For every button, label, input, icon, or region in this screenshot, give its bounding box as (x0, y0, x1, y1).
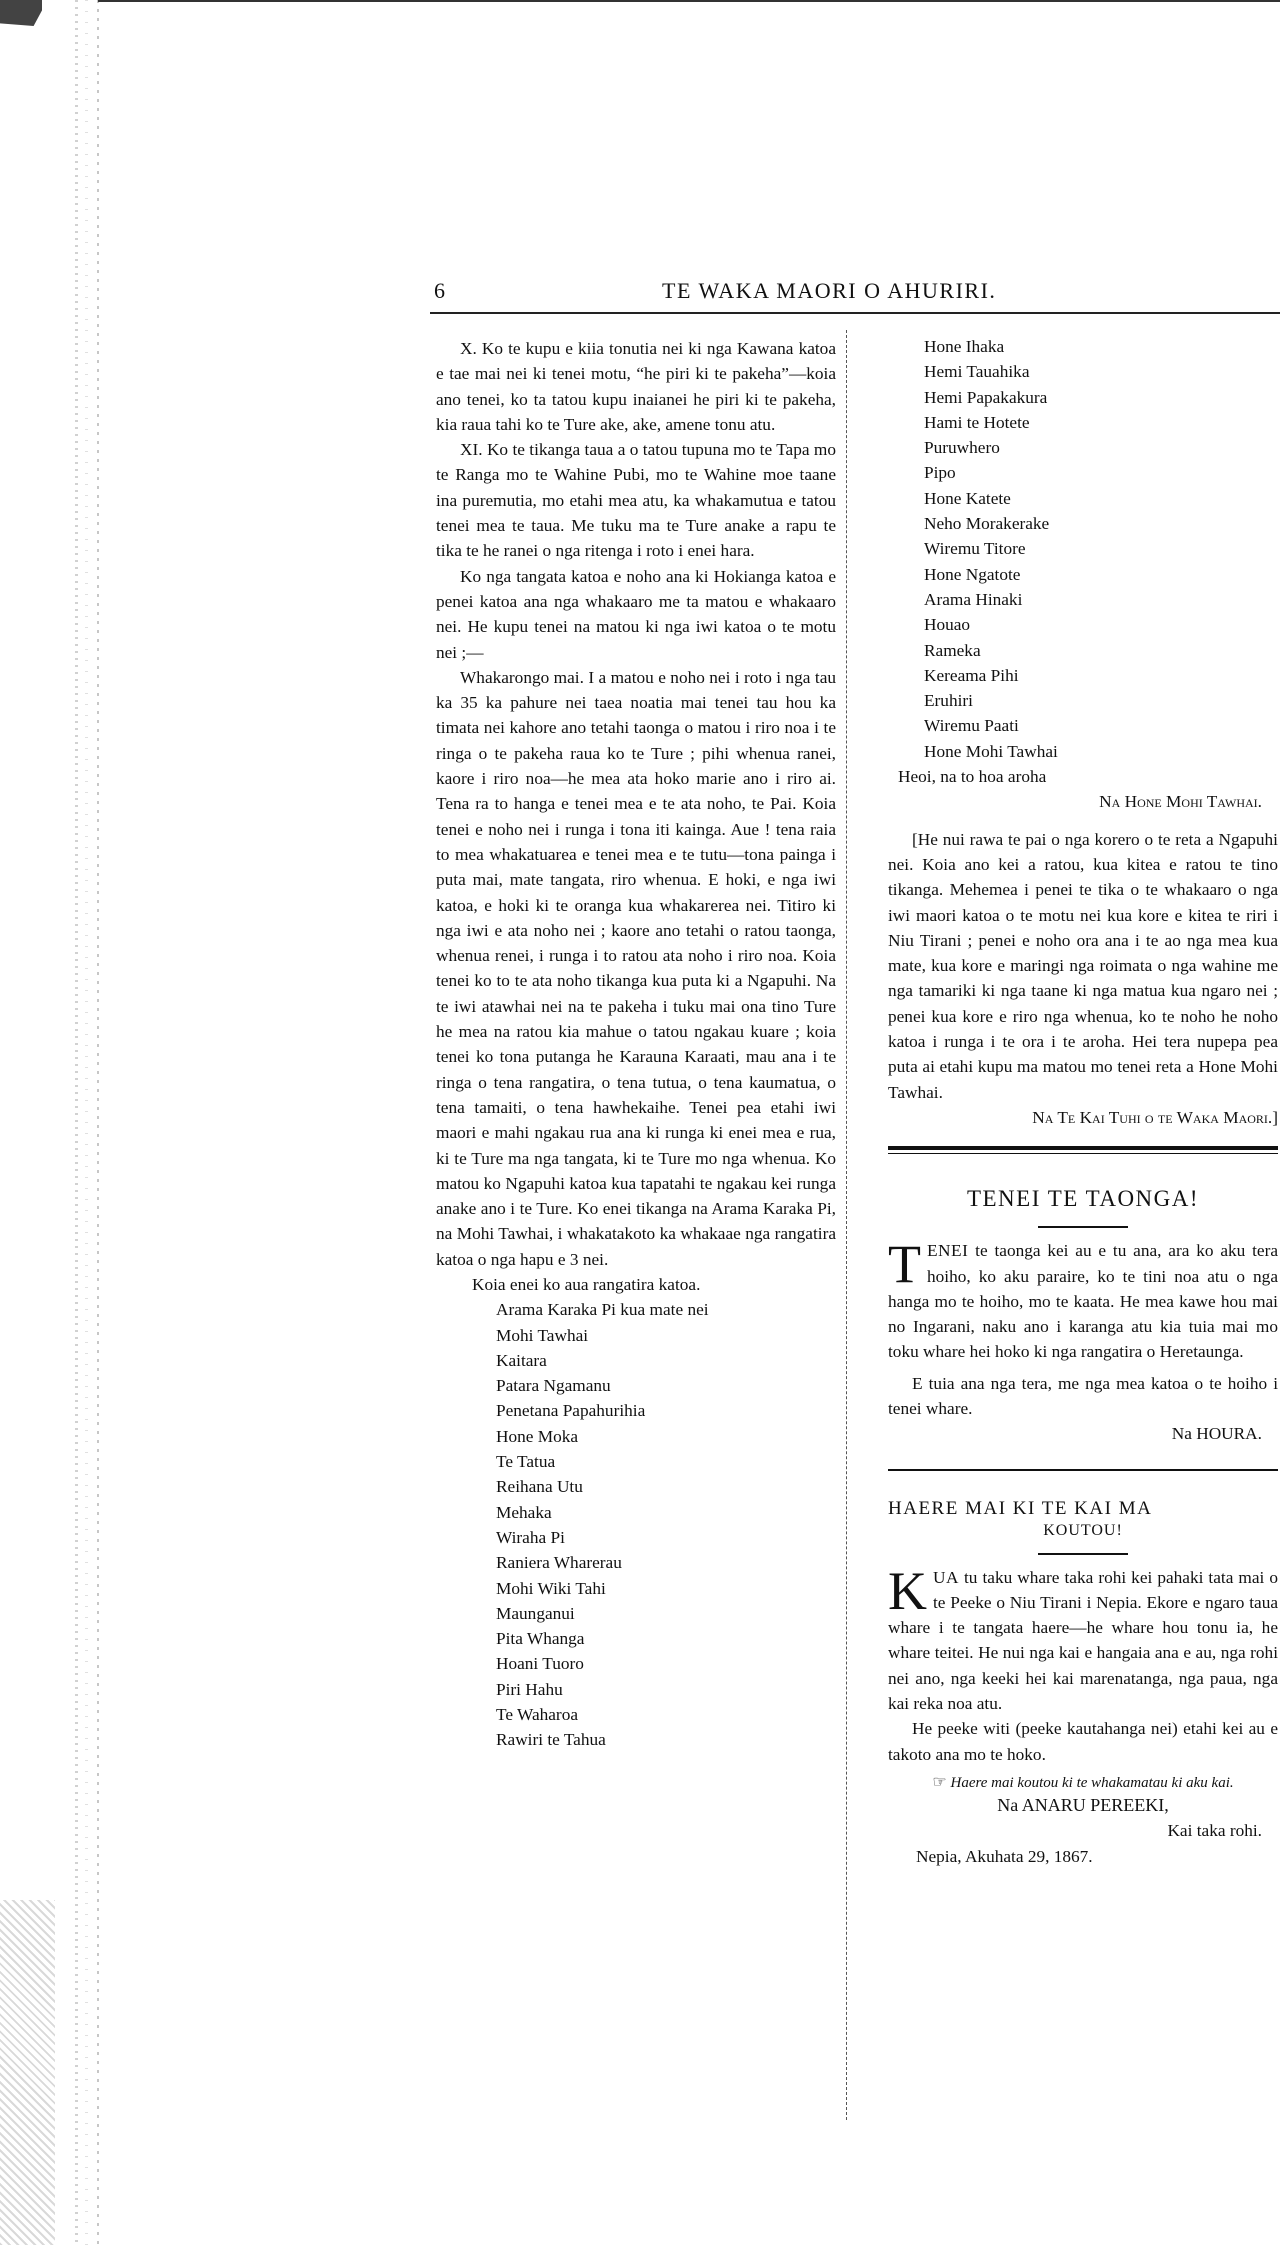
list-item: Patara Ngamanu (496, 1373, 836, 1398)
section-double-rule (888, 1146, 1278, 1154)
letter-signature: Na Hone Mohi Tawhai. (888, 789, 1278, 814)
ad-subtitle: KOUTOU! (888, 1521, 1278, 1541)
list-item: Hoani Tuoro (496, 1651, 836, 1676)
ad-signature: Na ANARU PEREEKI, (888, 1793, 1278, 1818)
right-column: Hone Ihaka Hemi Tauahika Hemi Papakakura… (888, 334, 1278, 1869)
list-item: Penetana Papahurihia (496, 1398, 836, 1423)
list-item: Houao (924, 612, 1278, 637)
dropcap: K (888, 1569, 927, 1613)
list-item: Rawiri te Tahua (496, 1727, 836, 1752)
page-number: 6 (434, 278, 445, 304)
ad-title-haere-mai: HAERE MAI KI TE KAI MA (888, 1497, 1278, 1521)
list-item: Maunganui (496, 1601, 836, 1626)
list-item: Raniera Wharerau (496, 1550, 836, 1575)
ad-note: ☞ Haere mai koutou ki te whakamatau ki a… (888, 1773, 1278, 1793)
list-item: Kaitara (496, 1348, 836, 1373)
list-item: Rameka (924, 638, 1278, 663)
list-item: Reihana Utu (496, 1474, 836, 1499)
list-item: Hemi Papakakura (924, 385, 1278, 410)
list-item: Wiremu Paati (924, 713, 1278, 738)
column-divider (846, 330, 847, 2120)
pointing-hand-icon: ☞ (932, 1774, 946, 1791)
left-column: X. Ko te kupu e kiia tonutia nei ki nga … (436, 336, 836, 1753)
ad-body-2: He peeke witi (peeke kautahanga nei) eta… (888, 1716, 1278, 1767)
letter-closing: Heoi, na to hoa aroha (888, 764, 1278, 789)
list-item: Hone Ngatote (924, 562, 1278, 587)
list-item: Hone Katete (924, 486, 1278, 511)
list-item: Hone Ihaka (924, 334, 1278, 359)
list-item: Neho Morakerake (924, 511, 1278, 536)
article-paragraph: XI. Ko te tikanga taua a o tatou tupuna … (436, 437, 836, 563)
chiefs-list-continued: Hone Ihaka Hemi Tauahika Hemi Papakakura… (888, 334, 1278, 764)
list-item: Kereama Pihi (924, 663, 1278, 688)
page-header: 6 TE WAKA MAORI O AHURIRI. (430, 278, 1280, 312)
editor-note: [He nui rawa te pai o nga korero o te re… (888, 827, 1278, 1131)
article-paragraph: X. Ko te kupu e kiia tonutia nei ki nga … (436, 336, 836, 437)
ad-body-2: E tuia ana nga tera, me nga mea katoa o … (888, 1371, 1278, 1422)
article-paragraph: Ko nga tangata katoa e noho ana ki Hokia… (436, 564, 836, 665)
list-item: Te Waharoa (496, 1702, 836, 1727)
list-item: Hone Moka (496, 1424, 836, 1449)
list-item: Hemi Tauahika (924, 359, 1278, 384)
list-item: Puruwhero (924, 435, 1278, 460)
list-item: Te Tatua (496, 1449, 836, 1474)
ad-signature-title: Kai taka rohi. (888, 1818, 1278, 1843)
ad-title-tenei-te-taonga: TENEI TE TAONGA! (888, 1184, 1278, 1214)
editor-note-text: [He nui rawa te pai o nga korero o te re… (888, 827, 1278, 1105)
list-item: Pipo (924, 460, 1278, 485)
ad-signature: Na HOURA. (888, 1421, 1278, 1446)
names-intro: Koia enei ko aua rangatira katoa. (436, 1272, 836, 1297)
list-item: Piri Hahu (496, 1677, 836, 1702)
list-item: Hone Mohi Tawhai (924, 739, 1278, 764)
list-item: Mehaka (496, 1500, 836, 1525)
section-rule (888, 1469, 1278, 1471)
scan-bottom-noise (0, 1900, 55, 2245)
masthead: TE WAKA MAORI O AHURIRI. (662, 278, 996, 304)
scan-top-edge (98, 0, 1280, 2)
list-item: Hami te Hotete (924, 410, 1278, 435)
chiefs-list: Arama Karaka Pi kua mate nei Mohi Tawhai… (436, 1297, 836, 1752)
list-item: Arama Karaka Pi kua mate nei (496, 1297, 836, 1322)
title-rule (1038, 1226, 1128, 1228)
dropcap: T (888, 1242, 921, 1286)
list-item: Eruhiri (924, 688, 1278, 713)
title-rule (1038, 1553, 1128, 1555)
ad-body: KUA tu taku whare taka rohi kei pahaki t… (888, 1565, 1278, 1717)
list-item: Mohi Tawhai (496, 1323, 836, 1348)
dateline: Nepia, Akuhata 29, 1867. (888, 1844, 1278, 1869)
list-item: Wiremu Titore (924, 536, 1278, 561)
editor-signature: Na Te Kai Tuhi o te Waka Maori.] (888, 1105, 1278, 1130)
list-item: Mohi Wiki Tahi (496, 1576, 836, 1601)
header-rule (430, 312, 1280, 314)
list-item: Wiraha Pi (496, 1525, 836, 1550)
list-item: Pita Whanga (496, 1626, 836, 1651)
article-paragraph: Whakarongo mai. I a matou e noho nei i r… (436, 665, 836, 1272)
ad-body: TENEI te taonga kei au e tu ana, ara ko … (888, 1238, 1278, 1364)
list-item: Arama Hinaki (924, 587, 1278, 612)
